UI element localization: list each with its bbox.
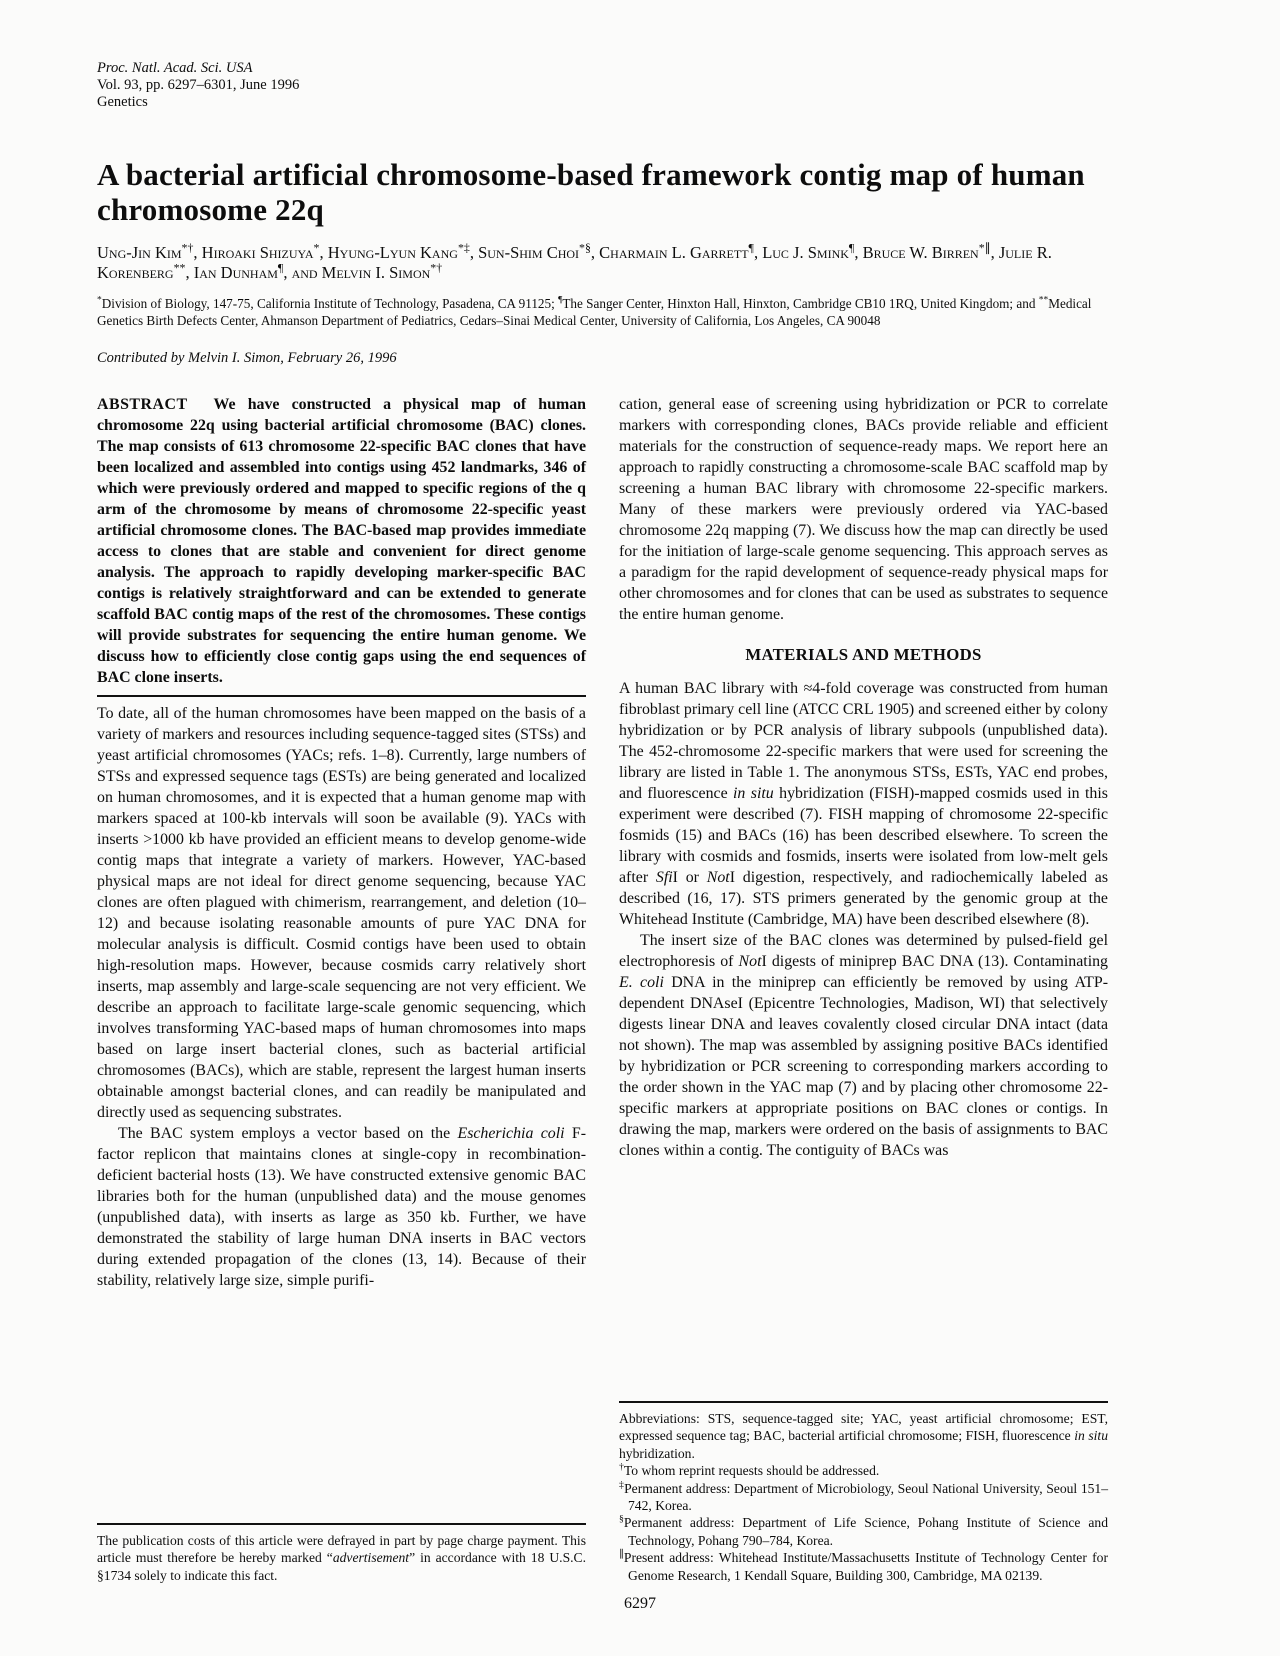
author-footnote-block: Abbreviations: STS, sequence-tagged site… (619, 1401, 1108, 1584)
abstract-label: ABSTRACT (97, 396, 188, 413)
affiliations: *Division of Biology, 147-75, California… (97, 296, 1105, 329)
publication-footnote-block: The publication costs of this article we… (97, 1523, 586, 1584)
intro-paragraph-2: The BAC system employs a vector based on… (97, 1123, 586, 1291)
author-list: Ung-Jin Kim*†, Hiroaki Shizuya*, Hyung-L… (97, 243, 1097, 283)
journal-volume-line: Vol. 93, pp. 6297–6301, June 1996 (97, 77, 1109, 94)
page-number: 6297 (0, 1595, 1280, 1613)
footnote-rule-left (97, 1523, 586, 1525)
materials-methods-heading: MATERIALS AND METHODS (619, 644, 1108, 665)
journal-name: Proc. Natl. Acad. Sci. USA (97, 60, 1109, 77)
methods-paragraph-2: The insert size of the BAC clones was de… (619, 930, 1108, 1161)
abbreviations-footnote: Abbreviations: STS, sequence-tagged site… (619, 1410, 1108, 1462)
abstract-text: We have constructed a physical map of hu… (97, 396, 586, 686)
contributed-line: Contributed by Melvin I. Simon, February… (97, 350, 1109, 367)
two-column-body: ABSTRACTWe have constructed a physical m… (97, 394, 1109, 1584)
publication-costs-footnote: The publication costs of this article we… (97, 1532, 586, 1584)
permanent-address-footnote-1: ‡Permanent address: Department of Microb… (619, 1480, 1108, 1515)
page-content: Proc. Natl. Acad. Sci. USA Vol. 93, pp. … (97, 60, 1109, 1584)
paper-title: A bacterial artificial chromosome-based … (97, 157, 1097, 227)
methods-paragraph-1: A human BAC library with ≈4-fold coverag… (619, 678, 1108, 930)
permanent-address-footnote-2: §Permanent address: Department of Life S… (619, 1514, 1108, 1549)
journal-section: Genetics (97, 94, 1109, 111)
right-column: cation, general ease of screening using … (619, 394, 1108, 1584)
intro-paragraph-3: cation, general ease of screening using … (619, 394, 1108, 625)
abstract-paragraph: ABSTRACTWe have constructed a physical m… (97, 394, 586, 688)
present-address-footnote: ∥Present address: Whitehead Institute/Ma… (619, 1549, 1108, 1584)
scanned-paper-page: { "page": { "journal_line1": "Proc. Natl… (0, 0, 1280, 1656)
journal-header: Proc. Natl. Acad. Sci. USA Vol. 93, pp. … (97, 60, 1109, 111)
intro-paragraph-1: To date, all of the human chromosomes ha… (97, 703, 586, 1123)
abstract-divider-rule (97, 695, 586, 697)
left-column: ABSTRACTWe have constructed a physical m… (97, 394, 586, 1584)
reprint-footnote: †To whom reprint requests should be addr… (619, 1462, 1108, 1479)
footnote-rule-right (619, 1401, 1108, 1403)
